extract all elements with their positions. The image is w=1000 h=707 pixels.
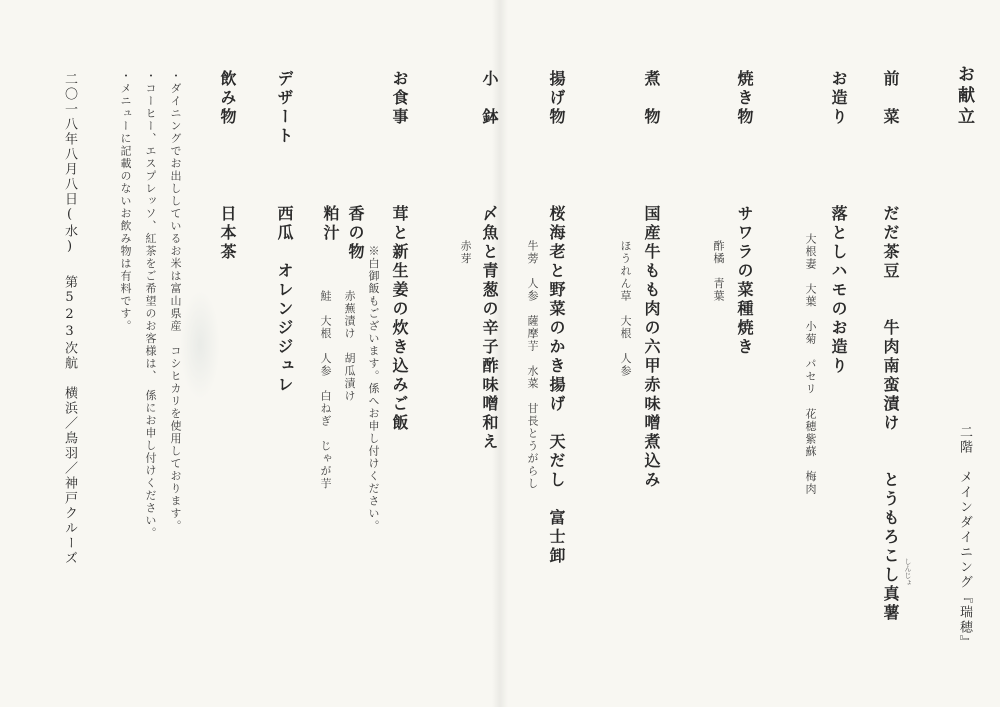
course-category-meal: お食事 [391, 70, 407, 127]
course-dish-simmered: 国産牛もも肉の六甲赤味噌煮込み [643, 205, 659, 490]
ruby-shinjo: しんじょ [904, 558, 911, 586]
course-garnish-sashimi: 大根妻 大葉 小菊 パセリ 花穂紫蘇 梅肉 [805, 233, 816, 496]
course-garnish-small-bowl: 赤芽 [460, 240, 471, 265]
course-extra-pickles-label: 香の物 [347, 205, 363, 262]
course-dish-small-bowl: 〆魚と青葱の辛子酢味噌和え [481, 205, 497, 452]
menu-page: お献立 二階 メインダイニング『瑞穂』 前 菜 だだ茶豆 牛肉南蛮漬け とうもろ… [0, 0, 1000, 707]
course-dish-grilled: サワラの菜種焼き [736, 205, 752, 357]
course-extra-soup-garnish: 鮭 大根 人参 白ねぎ じゃが芋 [320, 290, 331, 490]
note-coffee: ・コーヒー、エスプレッソ、紅茶をご希望のお客様は、 係にお申し付けください。 [145, 70, 156, 540]
course-extra-pickles-garnish: 赤蕪漬け 胡瓜漬け [344, 290, 355, 403]
note-rice: ・ダイニングでお出ししているお米は富山県産 コシヒカリを使用しております。 [170, 70, 181, 533]
course-dish-appetizer: だだ茶豆 牛肉南蛮漬け とうもろこし真薯 [882, 205, 898, 623]
course-dish-sashimi: 落としハモのお造り [830, 205, 846, 376]
course-category-simmered: 煮 物 [643, 70, 659, 127]
course-category-small-bowl: 小 鉢 [481, 70, 497, 127]
menu-title: お献立 [955, 65, 972, 128]
voyage-info: 第523次航 横浜／鳥羽／神戸クルーズ [63, 275, 76, 566]
course-category-fried: 揚げ物 [548, 70, 564, 127]
course-dish-dessert: 西瓜 オレンジジュレ [276, 205, 292, 395]
course-extra-soup-label: 粕汁 [322, 205, 338, 243]
course-category-sashimi: お造り [830, 70, 846, 127]
course-category-dessert: デザート [276, 70, 292, 146]
paper-stain [180, 290, 220, 400]
course-garnish-simmered: ほうれん草 大根 人参 [620, 240, 631, 378]
note-drinks-charge: ・メニューに記載のないお飲み物は有料です。 [120, 70, 131, 333]
course-category-grilled: 焼き物 [736, 70, 752, 127]
course-dish-meal: 茸と新生姜の炊き込みご飯 [391, 205, 407, 433]
course-note-meal: ※白御飯もございます。係へお申し付けください。 [368, 245, 379, 533]
course-dish-drinks: 日本茶 [219, 205, 235, 262]
course-dish-fried: 桜海老と野菜のかき揚げ 天だし 富士卸 [548, 205, 564, 566]
course-garnish-fried: 牛蒡 人参 薩摩芋 水菜 甘長とうがらし [527, 240, 538, 490]
course-garnish-grilled: 酢橘 青葉 [713, 240, 724, 303]
menu-date: 二〇一八年八月八日(水) [63, 72, 76, 256]
course-category-appetizer: 前 菜 [882, 70, 898, 127]
course-category-drinks: 飲み物 [219, 70, 235, 127]
venue-name: 二階 メインダイニング『瑞穂』 [958, 425, 971, 650]
